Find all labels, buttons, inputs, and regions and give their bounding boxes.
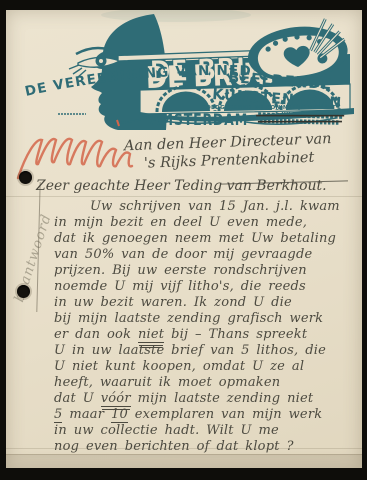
letter-body: Uw schrijven van 15 Jan. j.l. kwamin mij… [24, 199, 358, 455]
letter-body-line: van 50% van de door mij gevraagde [54, 247, 358, 263]
letter-body-line: dat U vóór mijn laatste zending niet [54, 391, 358, 407]
body-text-segment: bij mijn laatste zending grafisch werk [54, 311, 323, 326]
city-title: AMSTERDAM [150, 110, 248, 129]
body-text-segment: van 50% van de door mij gevraagde [54, 247, 312, 262]
letter-body-line: heeft, waaruit ik moet opmaken [54, 375, 358, 391]
letter-body-line: in uw collectie hadt. Wilt U me [54, 423, 358, 439]
letter-body-line: Uw schrijven van 15 Jan. j.l. kwam [54, 199, 358, 215]
handwritten-letter: Aan den Heer Directeur van 's Rijks Pren… [24, 136, 358, 455]
body-text-segment: dat U [54, 391, 101, 406]
photographed-letter: DE BRUG DE BRUG DE VEREENIGING VAN NED. [0, 0, 367, 480]
letter-body-line: bij mijn laatste zending grafisch werk [54, 311, 358, 327]
body-text-segment: bij – Thans spreekt [164, 327, 307, 342]
body-text-segment: dat ik genoegen neem met Uw betaling [54, 231, 336, 246]
letter-body-line: in mijn bezit en deel U even mede, [54, 215, 358, 231]
letter-paper: DE BRUG DE BRUG DE VEREENIGING VAN NED. [6, 10, 362, 468]
letter-body-line: in uw bezit waren. Ik zond U die [54, 295, 358, 311]
letter-body-line: er dan ook niet bij – Thans spreekt [54, 327, 358, 343]
body-text-segment: nog even berichten of dat klopt ? [54, 439, 294, 454]
body-text-segment: heeft, waaruit ik moet opmaken [54, 375, 280, 390]
body-text-segment: noemde U mij vijf litho's, die reeds [54, 279, 306, 294]
paper-bottom-fold [6, 454, 362, 468]
bleed-through-mark [101, 10, 251, 22]
body-text-segment: in mijn bezit en deel U even mede, [54, 215, 307, 230]
body-text-segment: niet [138, 327, 164, 343]
letter-body-line: dat ik genoegen neem met Uw betaling [54, 231, 358, 247]
body-text-segment: vóór [101, 391, 131, 407]
letter-body-line: 5 maar 10 exemplaren van mijn werk [54, 407, 358, 423]
body-text-segment: Uw schrijven van 15 Jan. j.l. kwam [90, 199, 340, 214]
letterhead-artwork: DE BRUG DE BRUG DE VEREENIGING VAN NED. [6, 10, 362, 132]
body-text-segment: in uw collectie hadt. Wilt U me [54, 423, 279, 438]
letter-body-line: U niet kunt koopen, omdat U ze al [54, 359, 358, 375]
letter-body-line: prijzen. Bij uw eerste rondschrijven [54, 263, 358, 279]
letter-body-line: noemde U mij vijf litho's, die reeds [54, 279, 358, 295]
body-text-segment: prijzen. Bij uw eerste rondschrijven [54, 263, 307, 278]
body-text-segment: in uw bezit waren. Ik zond U die [54, 295, 292, 310]
body-text-segment: U in uw laatste brief van 5 lithos, die [54, 343, 326, 358]
body-text-segment: exemplaren van mijn werk [128, 407, 322, 422]
body-text-segment: er dan ook [54, 327, 138, 342]
body-text-segment: mijn laatste zending niet [131, 391, 314, 406]
body-text-segment: U niet kunt koopen, omdat U ze al [54, 359, 304, 374]
letter-body-line: nog even berichten of dat klopt ? [54, 439, 358, 455]
letter-body-line: U in uw laatste brief van 5 lithos, die [54, 343, 358, 359]
